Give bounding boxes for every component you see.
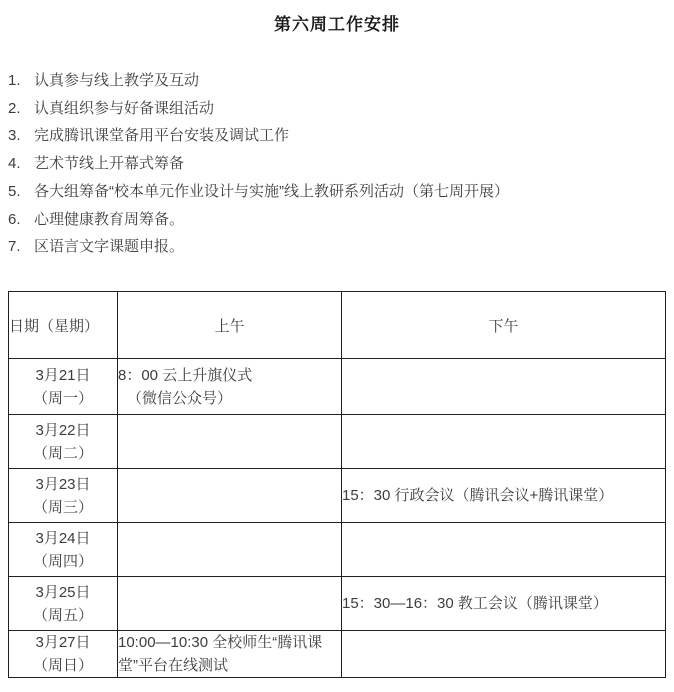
date-cell: 3月24日 （周四） — [9, 523, 118, 577]
date-cell: 3月21日 （周一） — [9, 359, 118, 415]
weekday-text: （周五） — [9, 604, 117, 627]
afternoon-cell — [342, 359, 666, 415]
task-item: 7. 区语言文字课题申报。 — [8, 233, 658, 261]
page-title: 第六周工作安排 — [0, 10, 674, 35]
task-number: 7. — [8, 233, 34, 261]
task-item: 1. 认真参与线上教学及互动 — [8, 67, 658, 95]
task-number: 2. — [8, 95, 34, 123]
task-text: 认真参与线上教学及互动 — [34, 67, 658, 95]
date-text: 3月21日 — [9, 364, 117, 387]
weekday-text: （周四） — [9, 550, 117, 573]
weekday-text: （周一） — [9, 387, 117, 410]
morning-cell — [118, 577, 342, 631]
header-morning: 上午 — [118, 292, 342, 359]
task-text: 区语言文字课题申报。 — [34, 233, 658, 261]
morning-cell: 8：00 云上升旗仪式 （微信公众号） — [118, 359, 342, 415]
header-date: 日期（星期） — [9, 292, 118, 359]
table-row: 3月27日 （周日） 10:00—10:30 全校师生“腾讯课堂”平台在线测试 — [9, 631, 666, 678]
afternoon-cell: 15：30—16：30 教工会议（腾讯课堂） — [342, 577, 666, 631]
date-text: 3月23日 — [9, 473, 117, 496]
task-text: 认真组织参与好备课组活动 — [34, 95, 658, 123]
morning-cell — [118, 523, 342, 577]
table-row: 3月25日 （周五） 15：30—16：30 教工会议（腾讯课堂） — [9, 577, 666, 631]
morning-text-note: （微信公众号） — [118, 387, 341, 410]
afternoon-cell — [342, 631, 666, 678]
date-cell: 3月27日 （周日） — [9, 631, 118, 678]
weekday-text: （周日） — [9, 654, 117, 677]
weekday-text: （周二） — [9, 442, 117, 465]
date-text: 3月27日 — [9, 631, 117, 654]
task-text: 各大组筹备“校本单元作业设计与实施”线上教研系列活动（第七周开展） — [34, 178, 658, 206]
morning-text: 10:00—10:30 全校师生“腾讯课堂”平台在线测试 — [118, 631, 341, 677]
document-page: 第六周工作安排 1. 认真参与线上教学及互动 2. 认真组织参与好备课组活动 3… — [0, 0, 674, 692]
morning-cell: 10:00—10:30 全校师生“腾讯课堂”平台在线测试 — [118, 631, 342, 678]
task-text: 完成腾讯课堂备用平台安装及调试工作 — [34, 122, 658, 150]
date-text: 3月22日 — [9, 419, 117, 442]
task-number: 4. — [8, 150, 34, 178]
task-list: 1. 认真参与线上教学及互动 2. 认真组织参与好备课组活动 3. 完成腾讯课堂… — [8, 67, 658, 261]
morning-cell — [118, 469, 342, 523]
afternoon-cell — [342, 523, 666, 577]
date-cell: 3月22日 （周二） — [9, 415, 118, 469]
date-text: 3月25日 — [9, 581, 117, 604]
task-item: 6. 心理健康教育周筹备。 — [8, 206, 658, 234]
date-cell: 3月23日 （周三） — [9, 469, 118, 523]
task-item: 3. 完成腾讯课堂备用平台安装及调试工作 — [8, 122, 658, 150]
afternoon-cell: 15：30 行政会议（腾讯会议+腾讯课堂） — [342, 469, 666, 523]
task-item: 4. 艺术节线上开幕式筹备 — [8, 150, 658, 178]
task-number: 3. — [8, 122, 34, 150]
table-row: 3月21日 （周一） 8：00 云上升旗仪式 （微信公众号） — [9, 359, 666, 415]
afternoon-cell — [342, 415, 666, 469]
date-cell: 3月25日 （周五） — [9, 577, 118, 631]
task-item: 5. 各大组筹备“校本单元作业设计与实施”线上教研系列活动（第七周开展） — [8, 178, 658, 206]
table-row: 3月22日 （周二） — [9, 415, 666, 469]
table-header-row: 日期（星期） 上午 下午 — [9, 292, 666, 359]
date-text: 3月24日 — [9, 527, 117, 550]
task-number: 1. — [8, 67, 34, 95]
schedule-table: 日期（星期） 上午 下午 3月21日 （周一） 8：00 云上升旗仪式 （微信公… — [8, 291, 666, 678]
table-row: 3月23日 （周三） 15：30 行政会议（腾讯会议+腾讯课堂） — [9, 469, 666, 523]
morning-cell — [118, 415, 342, 469]
morning-text: 8：00 云上升旗仪式 — [118, 364, 341, 387]
task-text: 心理健康教育周筹备。 — [34, 206, 658, 234]
task-number: 6. — [8, 206, 34, 234]
task-number: 5. — [8, 178, 34, 206]
table-row: 3月24日 （周四） — [9, 523, 666, 577]
header-afternoon: 下午 — [342, 292, 666, 359]
task-item: 2. 认真组织参与好备课组活动 — [8, 95, 658, 123]
task-text: 艺术节线上开幕式筹备 — [34, 150, 658, 178]
weekday-text: （周三） — [9, 496, 117, 519]
